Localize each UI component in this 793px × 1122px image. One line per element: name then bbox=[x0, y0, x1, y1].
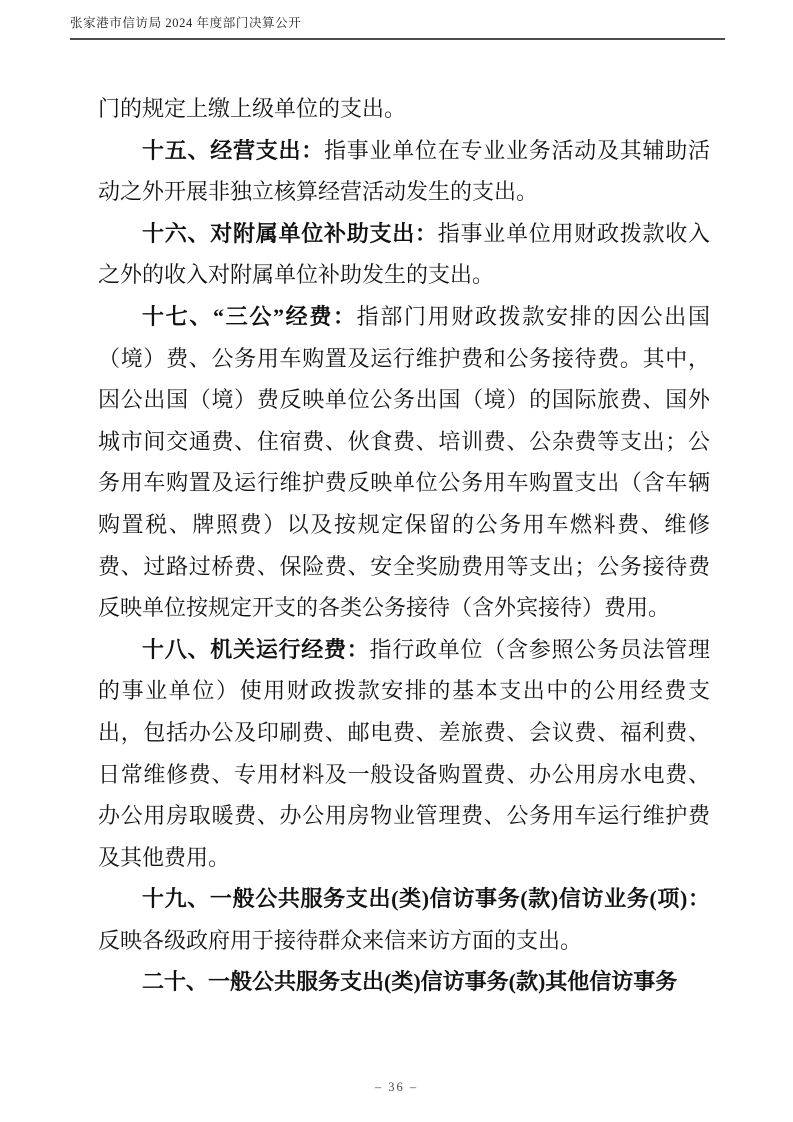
document-page: 张家港市信访局 2024 年度部门决算公开 门的规定上缴上级单位的支出。 十五、… bbox=[0, 0, 793, 1122]
document-body: 门的规定上缴上级单位的支出。 十五、经营支出：指事业单位在专业业务活动及其辅助活… bbox=[98, 88, 710, 1003]
paragraph-lead: 二十、一般公共服务支出(类)信访事务(款)其他信访事务 bbox=[142, 969, 677, 994]
paragraph-lead: 十九、一般公共服务支出(类)信访事务(款)信访业务(项)： bbox=[142, 886, 710, 911]
paragraph-text: 指行政单位（含参照公务员法管理的事业单位）使用财政拨款安排的基本支出中的公用经费… bbox=[98, 637, 710, 870]
paragraph-item-16: 十六、对附属单位补助支出：指事业单位用财政拨款收入之外的收入对附属单位补助发生的… bbox=[98, 213, 710, 296]
paragraph-item-15: 十五、经营支出：指事业单位在专业业务活动及其辅助活动之外开展非独立核算经营活动发… bbox=[98, 130, 710, 213]
page-number: – 36 – bbox=[0, 1080, 793, 1095]
document-header-title: 张家港市信访局 2024 年度部门决算公开 bbox=[70, 13, 301, 31]
paragraph-item-18: 十八、机关运行经费：指行政单位（含参照公务员法管理的事业单位）使用财政拨款安排的… bbox=[98, 629, 710, 879]
paragraph-item-17: 十七、“三公”经费：指部门用财政拨款安排的因公出国（境）费、公务用车购置及运行维… bbox=[98, 296, 710, 629]
paragraph-text: 指部门用财政拨款安排的因公出国（境）费、公务用车购置及运行维护费和公务接待费。其… bbox=[98, 304, 710, 620]
paragraph-continuation: 门的规定上缴上级单位的支出。 bbox=[98, 88, 710, 130]
paragraph-text: 门的规定上缴上级单位的支出。 bbox=[98, 96, 406, 121]
paragraph-lead: 十六、对附属单位补助支出： bbox=[142, 221, 438, 246]
paragraph-text: 反映各级政府用于接待群众来信来访方面的支出。 bbox=[98, 928, 582, 953]
paragraph-lead: 十八、机关运行经费： bbox=[142, 637, 370, 662]
header-divider-line bbox=[70, 38, 725, 40]
paragraph-item-19: 十九、一般公共服务支出(类)信访事务(款)信访业务(项)：反映各级政府用于接待群… bbox=[98, 878, 710, 961]
paragraph-item-20: 二十、一般公共服务支出(类)信访事务(款)其他信访事务 bbox=[98, 961, 710, 1003]
paragraph-lead: 十七、“三公”经费： bbox=[142, 304, 357, 329]
paragraph-lead: 十五、经营支出： bbox=[142, 138, 324, 163]
